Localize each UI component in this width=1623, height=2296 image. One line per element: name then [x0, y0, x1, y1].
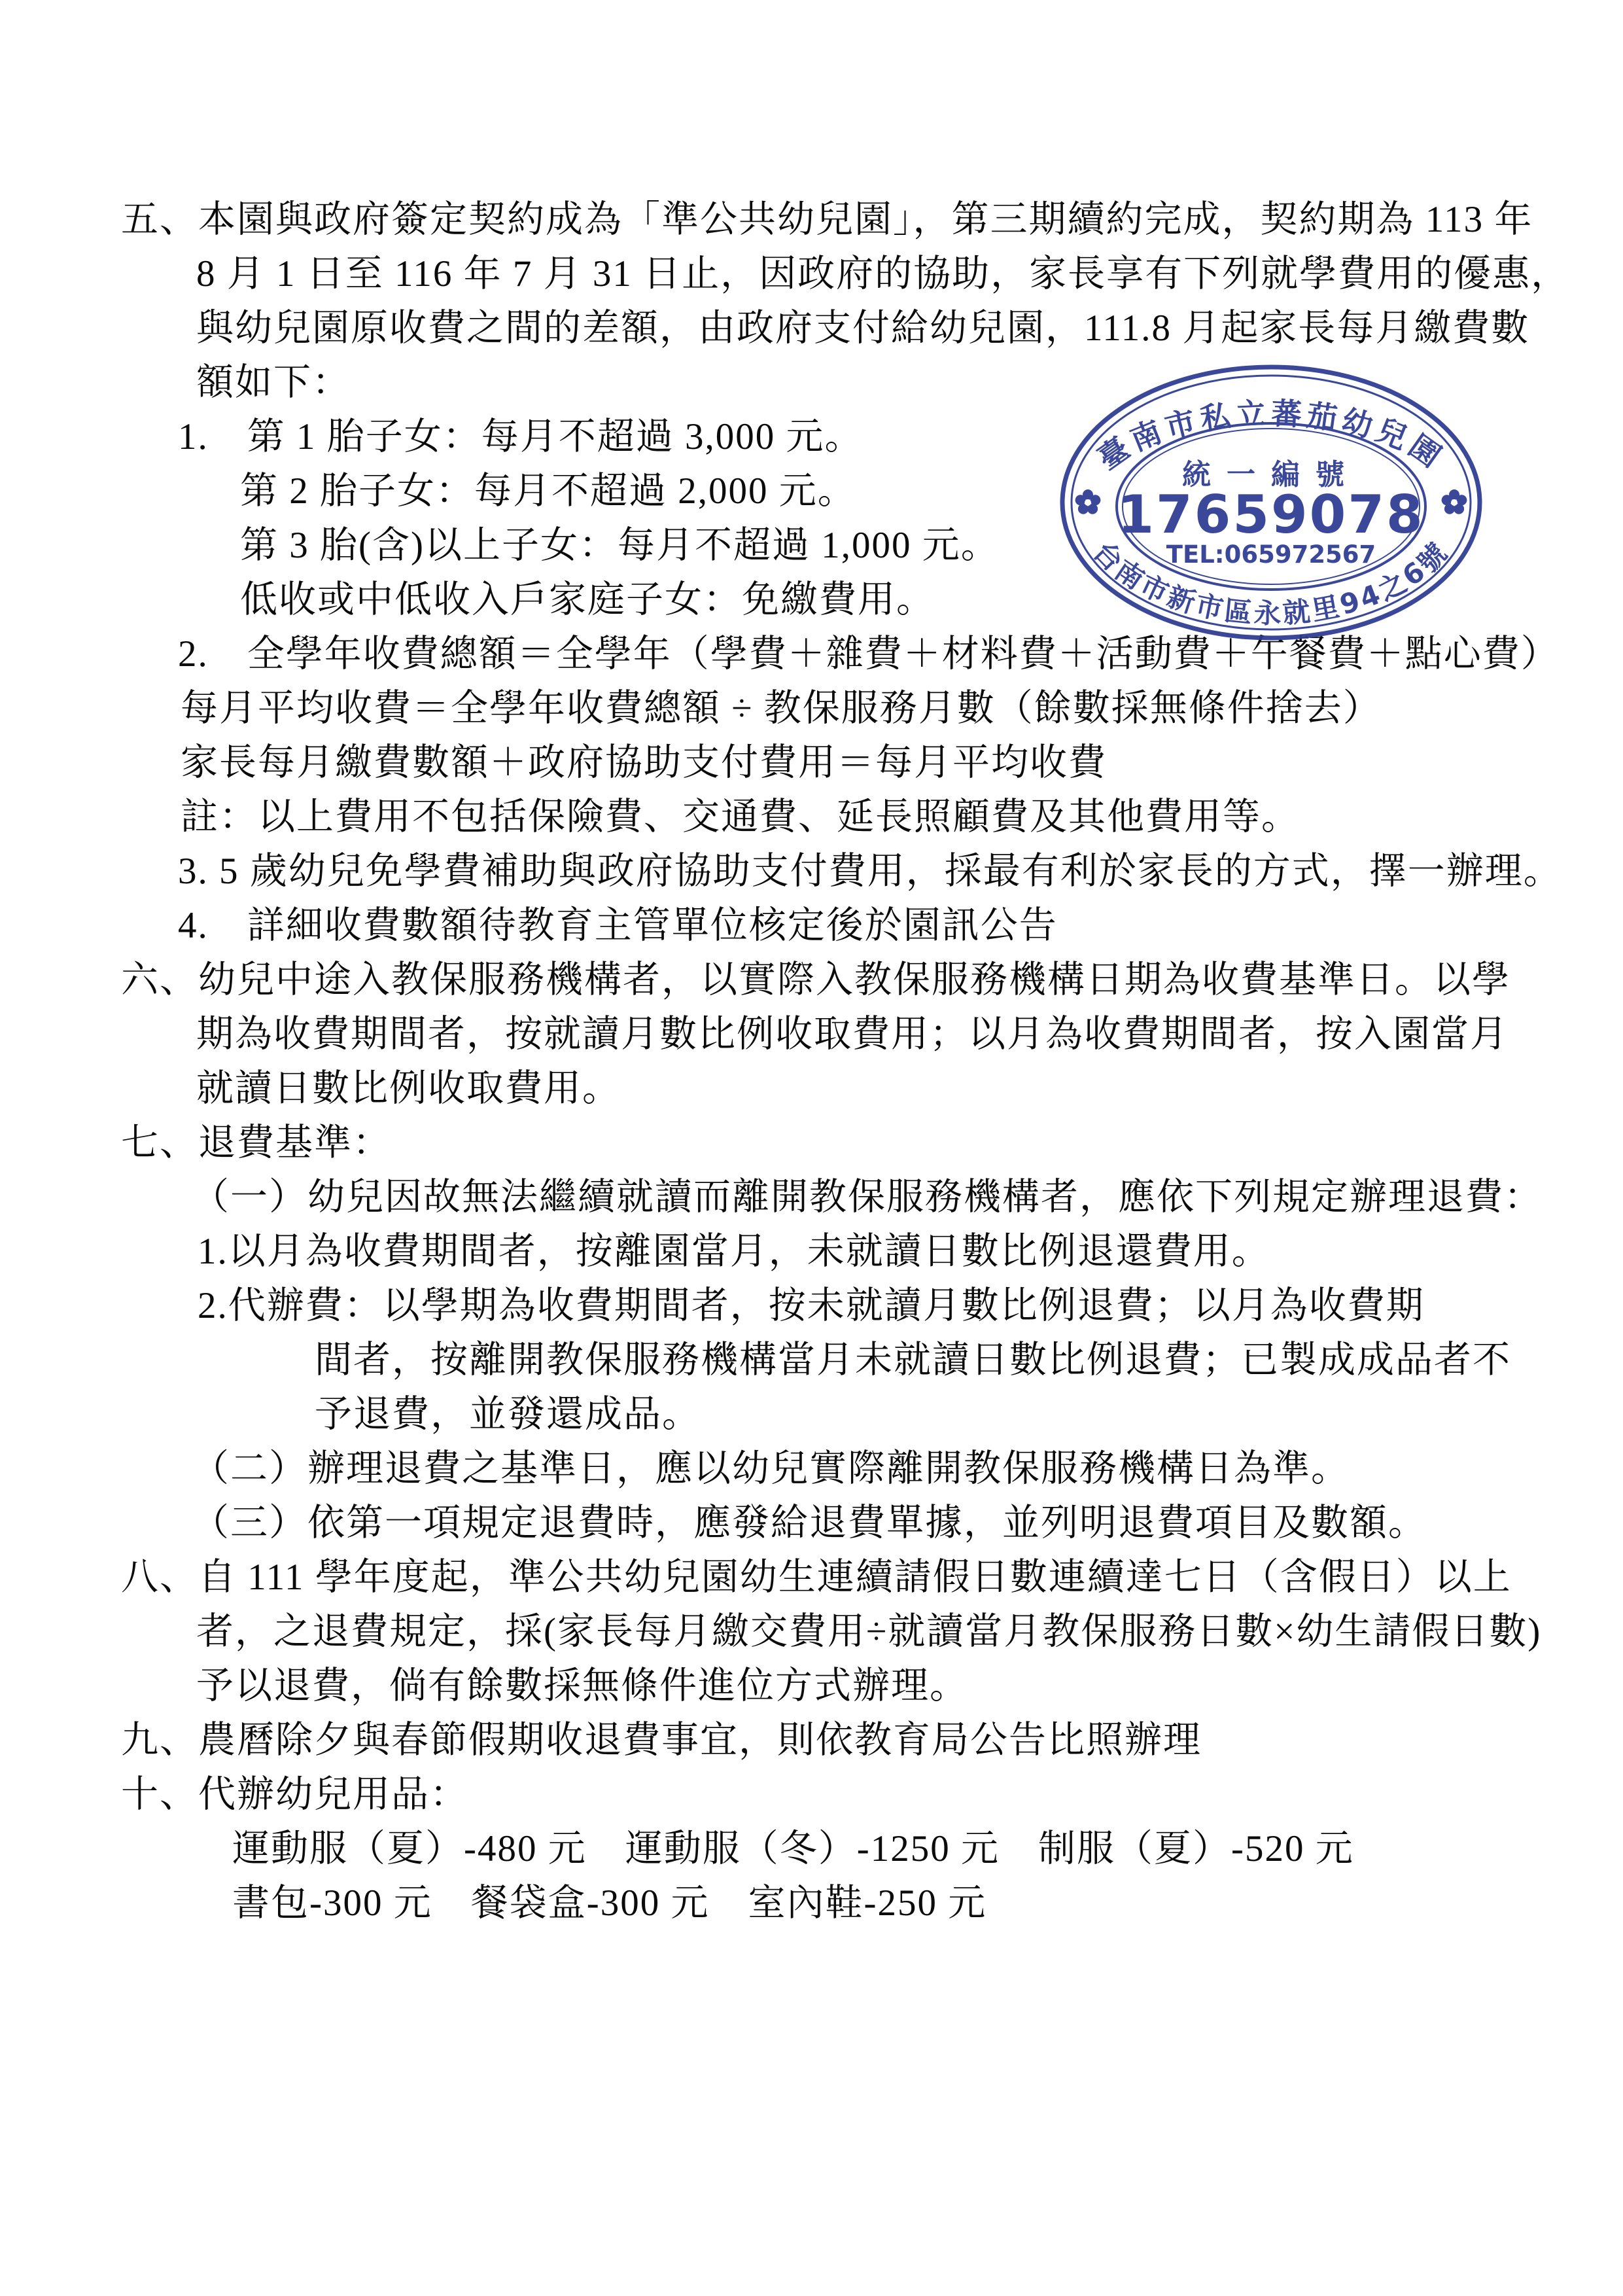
doc-line: 與幼兒園原收費之間的差額，由政府支付給幼兒園，111.8 月起家長每月繳費數: [196, 301, 1623, 355]
doc-line: 低收或中低收入戶家庭子女：免繳費用。: [240, 573, 1623, 627]
doc-line: 每月平均收費＝全學年收費總額 ÷ 教保服務月數（餘數採無條件捨去）: [181, 681, 1623, 735]
doc-line: 六、幼兒中途入教保服務機構者，以實際入教保服務機構日期為收費基準日。以學: [121, 953, 1623, 1007]
doc-line: 書包-300 元 餐袋盒-300 元 室內鞋-250 元: [232, 1876, 1623, 1930]
doc-line: 九、農曆除夕與春節假期收退費事宜，則依教育局公告比照辦理: [121, 1713, 1623, 1767]
doc-line: 第 3 胎(含)以上子女：每月不超過 1,000 元。: [240, 518, 1623, 573]
doc-line: 七、退費基準：: [121, 1116, 1623, 1170]
doc-line: 五、本園與政府簽定契約成為「準公共幼兒園」，第三期續約完成，契約期為 113 年: [121, 192, 1623, 247]
doc-line: 1. 第 1 胎子女：每月不超過 3,000 元。: [178, 410, 1623, 464]
doc-line: （一）幼兒因故無法繼續就讀而離開教保服務機構者，應依下列規定辦理退費：: [192, 1170, 1623, 1224]
doc-line: 就讀日數比例收取費用。: [196, 1061, 1623, 1116]
doc-line: 間者，按離開教保服務機構當月未就讀日數比例退費；已製成成品者不: [315, 1333, 1623, 1387]
doc-line: 八、自 111 學年度起，準公共幼兒園幼生連續請假日數連續達七日（含假日）以上: [121, 1550, 1623, 1604]
doc-line: 4. 詳細收費數額待教育主管單位核定後於園訊公告: [178, 898, 1623, 953]
doc-line: （三）依第一項規定退費時，應發給退費單據，並列明退費項目及數額。: [192, 1496, 1623, 1550]
doc-line: 家長每月繳費數額＋政府協助支付費用＝每月平均收費: [181, 735, 1623, 790]
doc-line: 運動服（夏）-480 元 運動服（冬）-1250 元 制服（夏）-520 元: [232, 1822, 1623, 1876]
doc-line: 者，之退費規定，採(家長每月繳交費用÷就讀當月教保服務日數×幼生請假日數): [196, 1604, 1623, 1659]
fee-notice-document: 五、本園與政府簽定契約成為「準公共幼兒園」，第三期續約完成，契約期為 113 年…: [0, 192, 1623, 1930]
doc-line: 予退費，並發還成品。: [315, 1387, 1623, 1441]
doc-line: 2. 全學年收費總額＝全學年（學費＋雜費＋材料費＋活動費＋午餐費＋點心費）: [178, 627, 1623, 681]
doc-line: 3. 5 歲幼兒免學費補助與政府協助支付費用，採最有利於家長的方式，擇一辦理。: [178, 844, 1623, 898]
doc-line: 1.以月為收費期間者，按離園當月，未就讀日數比例退還費用。: [198, 1224, 1623, 1279]
doc-line: 十、代辦幼兒用品：: [121, 1767, 1623, 1822]
doc-line: 8 月 1 日至 116 年 7 月 31 日止，因政府的協助，家長享有下列就學…: [196, 247, 1623, 301]
doc-line: 註：以上費用不包括保險費、交通費、延長照顧費及其他費用等。: [181, 790, 1623, 844]
doc-line: （二）辦理退費之基準日，應以幼兒實際離開教保服務機構日為準。: [192, 1441, 1623, 1496]
doc-line: 2.代辦費：以學期為收費期間者，按未就讀月數比例退費；以月為收費期: [198, 1279, 1623, 1333]
doc-line: 期為收費期間者，按就讀月數比例收取費用；以月為收費期間者，按入園當月: [196, 1007, 1623, 1061]
doc-line: 予以退費，倘有餘數採無條件進位方式辦理。: [196, 1659, 1623, 1713]
doc-line: 額如下：: [196, 355, 1623, 410]
doc-line: 第 2 胎子女：每月不超過 2,000 元。: [240, 464, 1623, 518]
